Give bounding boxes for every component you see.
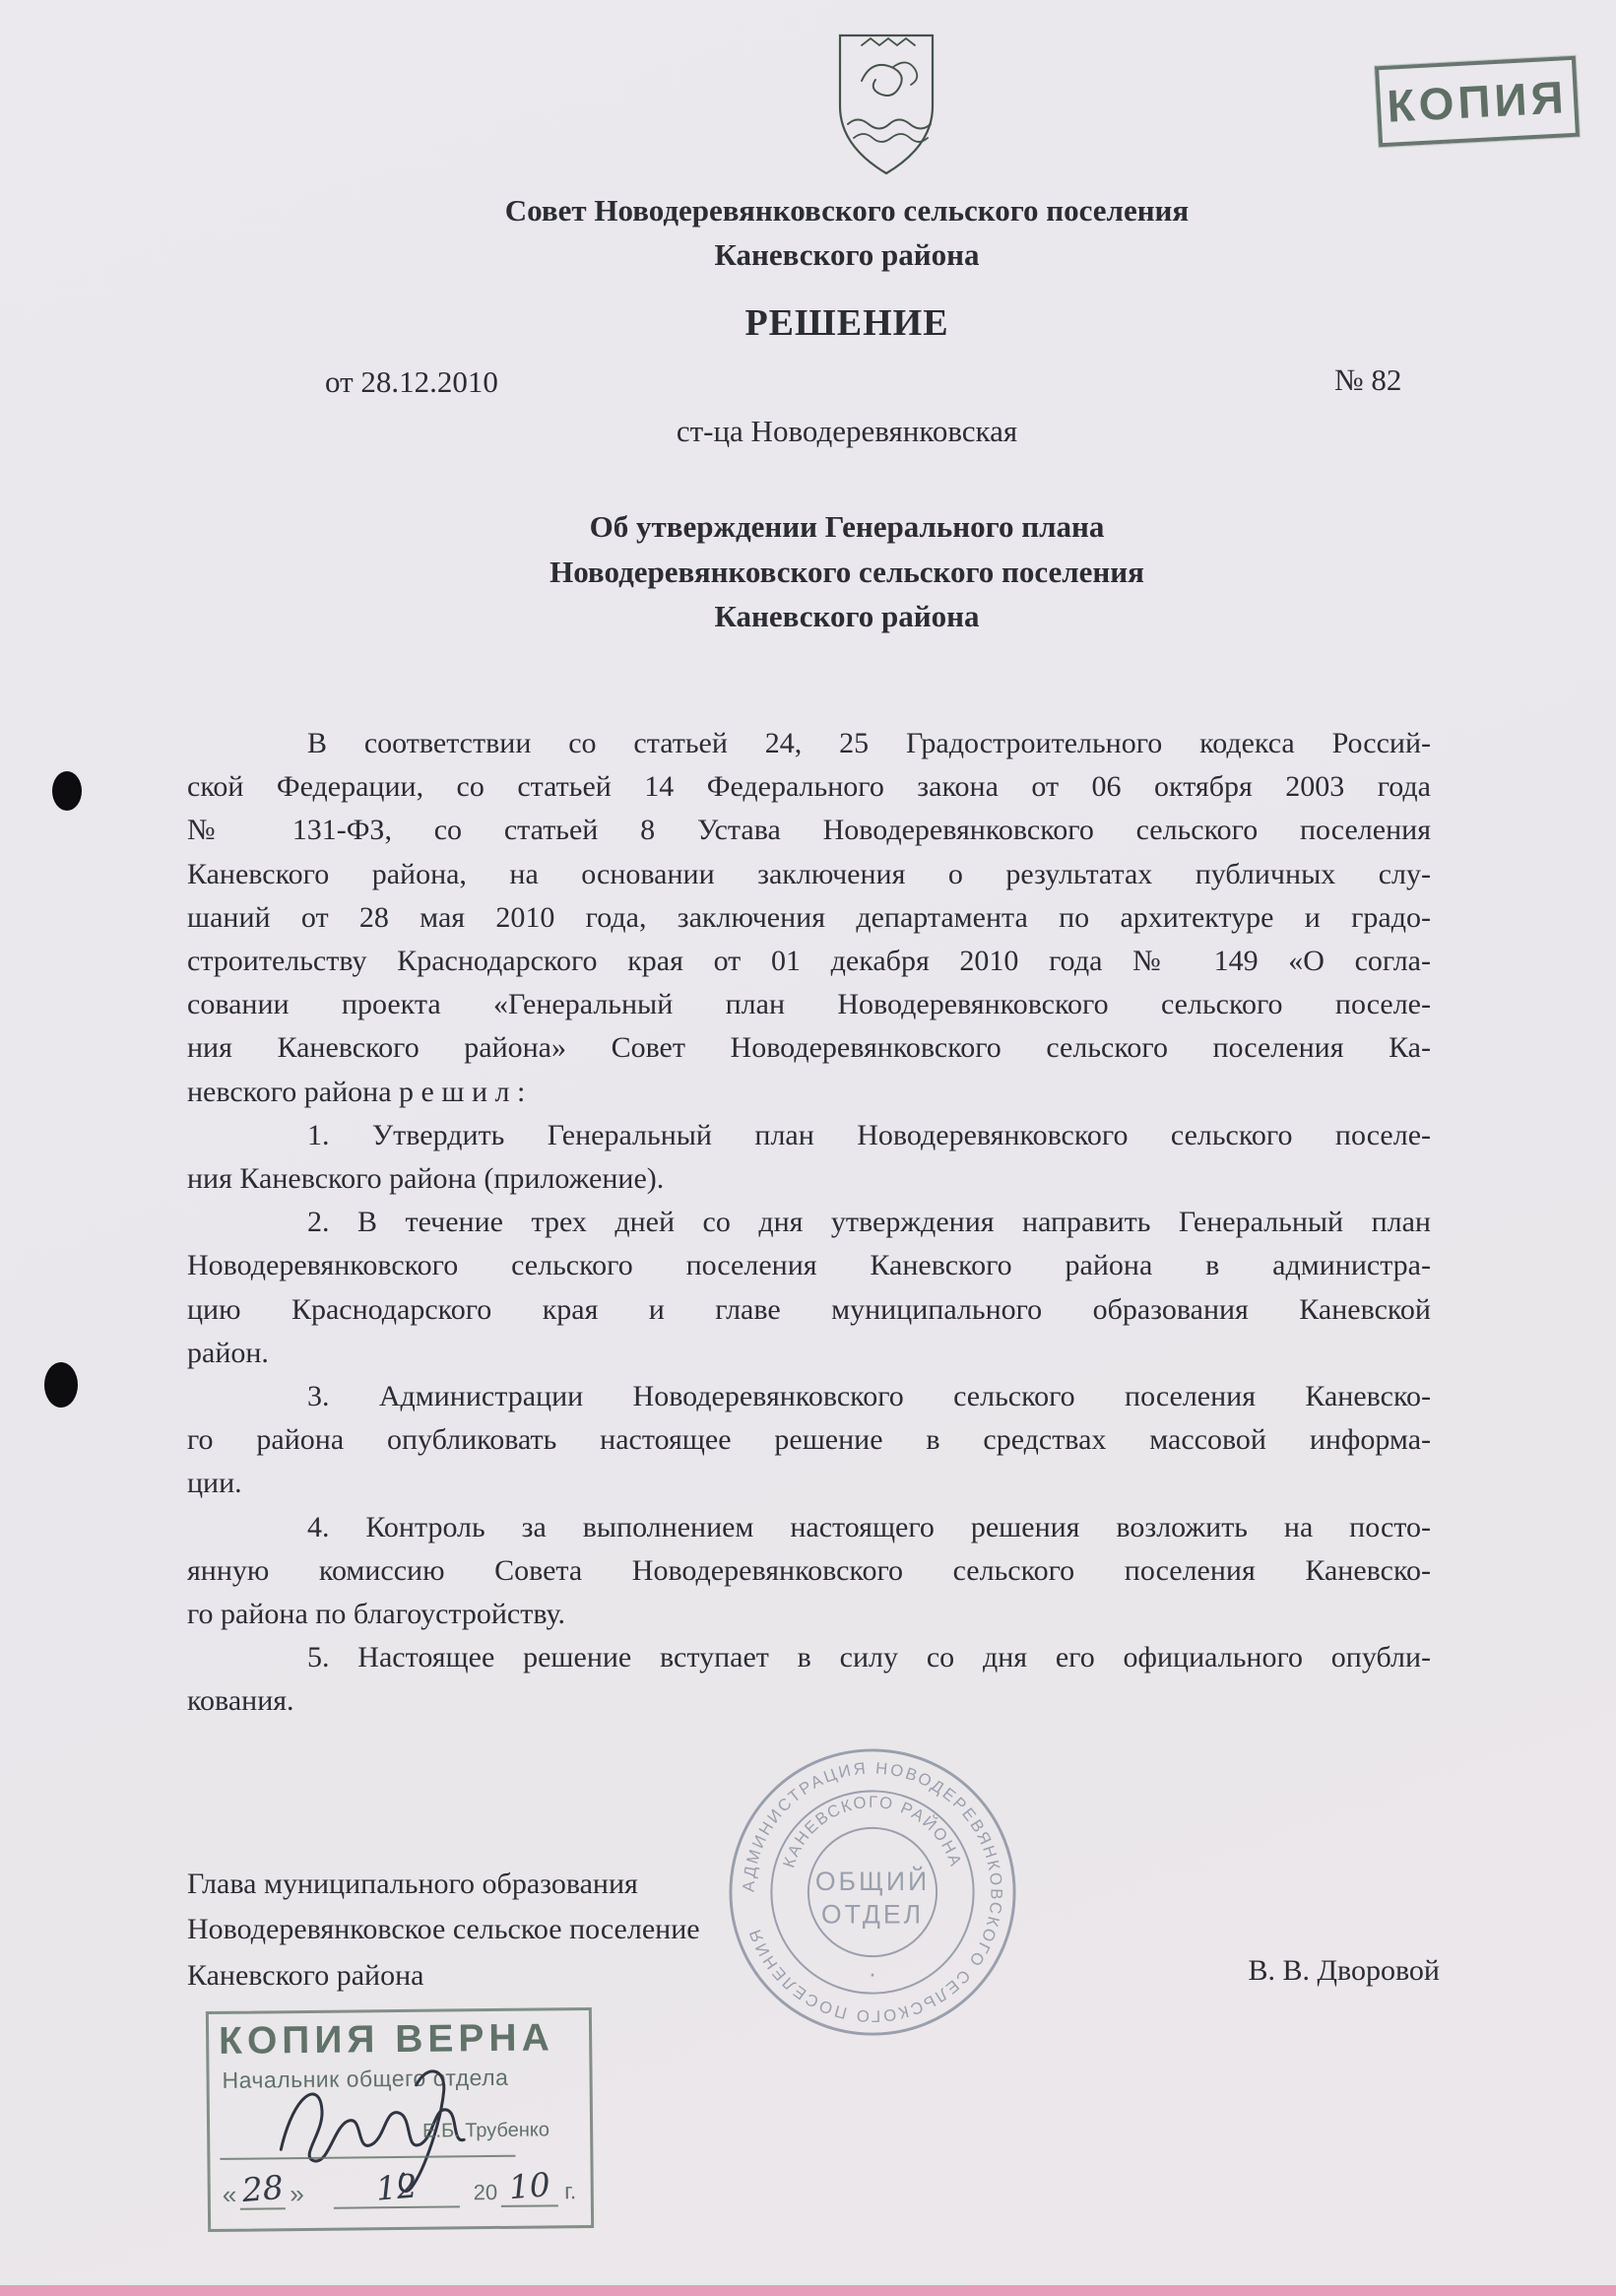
body-line: строительству Краснодарского края от 01 … [187, 940, 1431, 983]
body-line: № 131-ФЗ, со статьей 8 Устава Новодеревя… [187, 809, 1431, 852]
signature-title-line: Новодеревянковское сельское поселение [187, 1907, 700, 1952]
doc-date: от 28.12.2010 [325, 364, 498, 400]
doc-title-line: Новодеревянковского сельского поселения [226, 550, 1467, 595]
hole-punch [44, 1362, 78, 1408]
verify-date-month: 12 [374, 2166, 419, 2207]
body-line: го района по благоустройству. [187, 1593, 1431, 1636]
body-line: кования. [187, 1679, 1431, 1723]
body-line: 2. В течение трех дней со дня утверждени… [187, 1201, 1431, 1244]
org-name-line1: Совет Новодеревянковского сельского посе… [226, 193, 1467, 229]
verify-signer-name: Е.Б. Трубенко [422, 2119, 549, 2142]
body-line: ции. [187, 1462, 1431, 1505]
signatory-name: В. В. Дворовой [1083, 1954, 1440, 1988]
hole-punch [52, 771, 82, 811]
body-line: невского района р е ш и л : [187, 1071, 1431, 1114]
body-line: го района опубликовать настоящее решение… [187, 1418, 1431, 1462]
signature-title-line: Каневского района [187, 1953, 700, 1999]
coat-of-arms-icon [832, 30, 940, 179]
seal-inner-text: КАНЕВСКОГО РАЙОНА [779, 1793, 965, 1870]
body-line: совании проекта «Генеральный план Новоде… [187, 983, 1431, 1026]
document-page: КОПИЯ Совет Новодеревянковского сельског… [0, 0, 1616, 2296]
body-line: район. [187, 1332, 1431, 1375]
seal-bottom-mark: · [869, 1960, 877, 1988]
svg-text:КАНЕВСКОГО РАЙОНА: КАНЕВСКОГО РАЙОНА [779, 1793, 965, 1870]
page-edge-strip [0, 2285, 1616, 2296]
official-seal: АДМИНИСТРАЦИЯ НОВОДЕРЕВЯНКОВСКОГО СЕЛЬСК… [727, 1746, 1018, 2038]
quote-close: » [290, 2179, 304, 2209]
verify-stamp-date: « 28 » 12 20 10 г. [219, 2166, 583, 2210]
copy-stamp-label: КОПИЯ [1386, 70, 1569, 133]
body-line: шаний от 28 мая 2010 года, заключения де… [187, 896, 1431, 940]
body-line: 5. Настоящее решение вступает в силу со … [187, 1636, 1431, 1679]
doc-number: № 82 [1334, 362, 1401, 398]
verify-stamp: КОПИЯ ВЕРНА Начальник общего отдела Е.Б.… [206, 2007, 594, 2232]
body-line: В соответствии со статьей 24, 25 Градост… [187, 722, 1431, 765]
seal-center-text: ОБЩИЙ [815, 1867, 930, 1896]
verify-stamp-title: КОПИЯ ВЕРНА [219, 2016, 554, 2064]
body-line: 1. Утвердить Генеральный план Новодеревя… [187, 1114, 1431, 1157]
body-line: ния Каневского района (приложение). [187, 1157, 1431, 1201]
verify-date-day: 28 [241, 2168, 286, 2209]
doc-title: Об утверждении Генерального плана Новоде… [226, 504, 1467, 639]
doc-title-line: Каневского района [226, 594, 1467, 639]
body-line: цию Краснодарского края и главе муниципа… [187, 1288, 1431, 1332]
doc-type-title: РЕШЕНИЕ [226, 301, 1467, 345]
doc-place: ст-ца Новодеревянковская [226, 414, 1467, 449]
body-line: 4. Контроль за выполнением настоящего ре… [187, 1506, 1431, 1549]
body-line: ния Каневского района» Совет Новодеревян… [187, 1026, 1431, 1070]
year-prefix: 20 [474, 2180, 498, 2205]
body-line: янную комиссию Совета Новодеревянковског… [187, 1549, 1431, 1593]
quote-open: « [223, 2180, 237, 2210]
signature-block: Глава муниципального образования Новодер… [187, 1862, 700, 1999]
verify-date-year: 10 [508, 2165, 552, 2206]
body-line: Каневского района, на основании заключен… [187, 853, 1431, 896]
seal-center-text: ОТДЕЛ [821, 1900, 924, 1930]
body-line: 3. Администрации Новодеревянковского сел… [187, 1375, 1431, 1418]
body-line: Новодеревянковского сельского поселения … [187, 1244, 1431, 1287]
doc-title-line: Об утверждении Генерального плана [226, 504, 1467, 550]
signature-title-line: Глава муниципального образования [187, 1862, 700, 1907]
year-suffix: г. [564, 2178, 576, 2204]
org-name-line2: Каневского района [226, 237, 1467, 273]
body-text: В соответствии со статьей 24, 25 Градост… [187, 722, 1431, 1724]
copy-stamp: КОПИЯ [1375, 56, 1580, 148]
body-line: ской Федерации, со статьей 14 Федерально… [187, 765, 1431, 809]
